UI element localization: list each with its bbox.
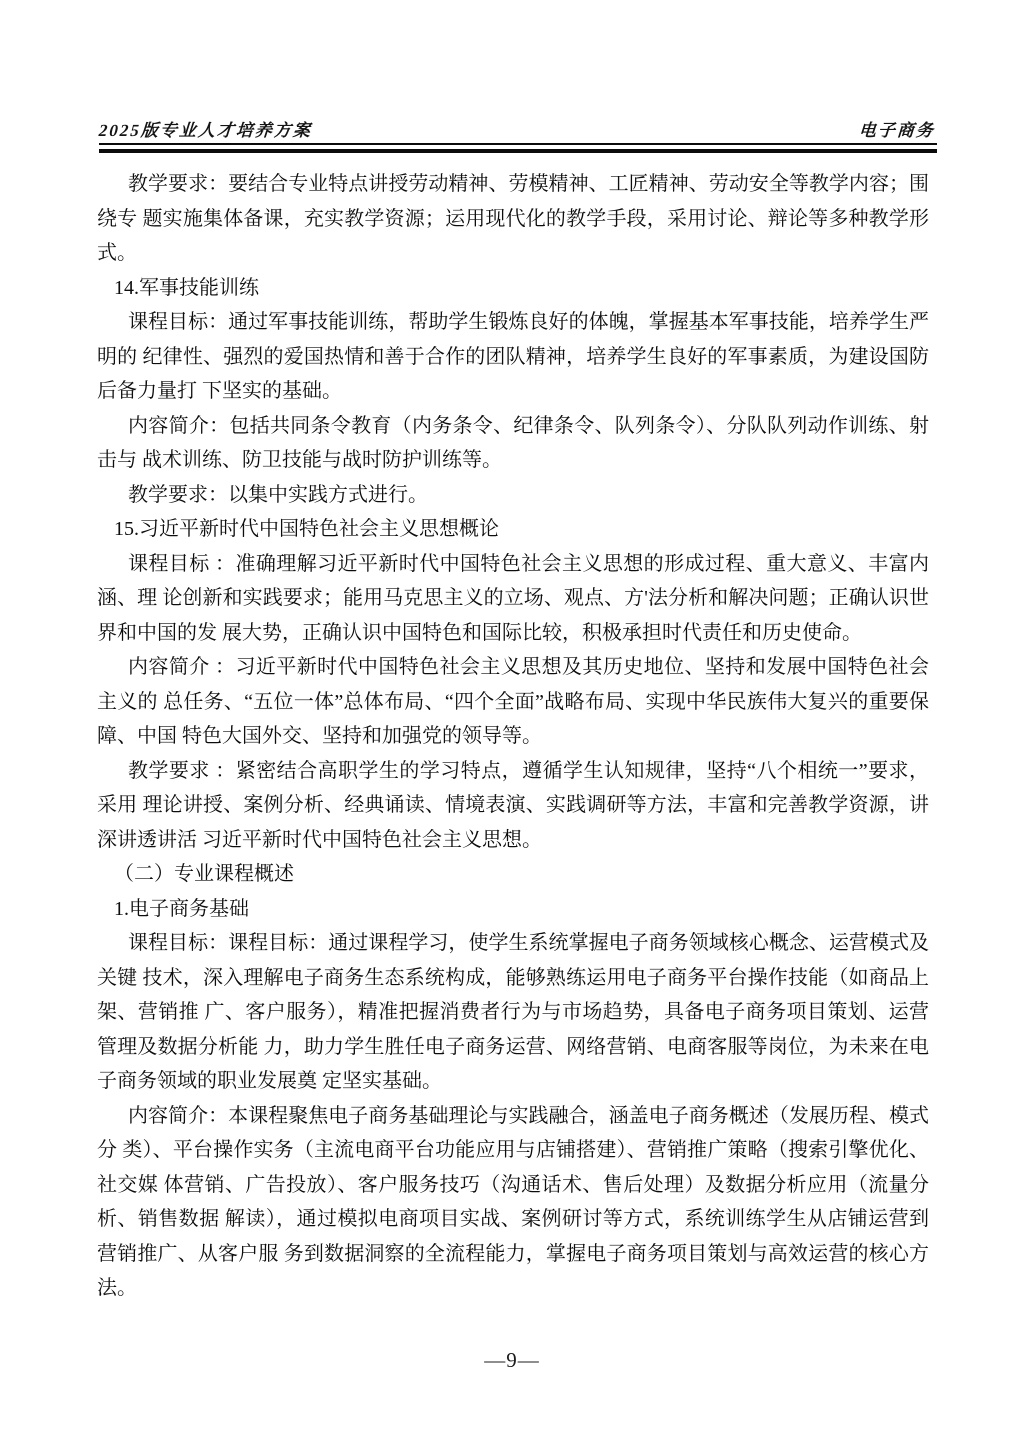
page-number: —9— [484,1348,540,1372]
page-footer: —9— [0,1348,1024,1373]
document-page: 2025版专业人才培养方案 电子商务 教学要求：要结合专业特点讲授劳动精神、劳模… [0,0,1024,1448]
header-left-title: 2025版专业人才培养方案 [98,116,313,141]
paragraph-xi-course-intro: 内容简介 ：习近平新时代中国特色社会主义思想及其历史地位、坚持和发展中国特色社会… [97,650,929,754]
section-heading-ecommerce-basics: 1.电子商务基础 [97,892,929,927]
paragraph-ecommerce-course-goal: 课程目标：课程目标：通过课程学习，使学生系统掌握电子商务领域核心概念、运营模式及… [97,926,929,1099]
paragraph-military-teaching-requirement: 教学要求：以集中实践方式进行。 [97,478,929,513]
paragraph-military-course-goal: 课程目标：通过军事技能训练，帮助学生锻炼良好的体魄，掌握基本军事技能，培养学生严… [97,305,929,409]
paragraph-xi-teaching-requirement: 教学要求 ：紧密结合高职学生的学习特点，遵循学生认知规律，坚持“八个相统一”要求… [97,754,929,858]
section-heading-major-courses-overview: （二）专业课程概述 [97,857,929,892]
paragraph-xi-course-goal: 课程目标 ：准确理解习近平新时代中国特色社会主义思想的形成过程、重大意义、丰富内… [97,547,929,651]
paragraph-military-course-intro: 内容简介：包括共同条令教育（内务条令、纪律条令、队列条令）、分队队列动作训练、射… [97,409,929,478]
paragraph-teaching-requirement-labor: 教学要求：要结合专业特点讲授劳动精神、劳模精神、工匠精神、劳动安全等教学内容；围… [97,167,929,271]
header-double-rule [99,143,937,153]
document-body: 教学要求：要结合专业特点讲授劳动精神、劳模精神、工匠精神、劳动安全等教学内容；围… [97,167,929,1306]
section-heading-xi-thought-course: 15.习近平新时代中国特色社会主义思想概论 [97,512,929,547]
section-heading-military-training: 14.军事技能训练 [97,271,929,306]
page-header: 2025版专业人才培养方案 电子商务 [98,116,936,141]
header-right-title: 电子商务 [858,116,936,141]
paragraph-ecommerce-course-intro: 内容简介：本课程聚焦电子商务基础理论与实践融合，涵盖电子商务概述（发展历程、模式… [97,1099,929,1306]
